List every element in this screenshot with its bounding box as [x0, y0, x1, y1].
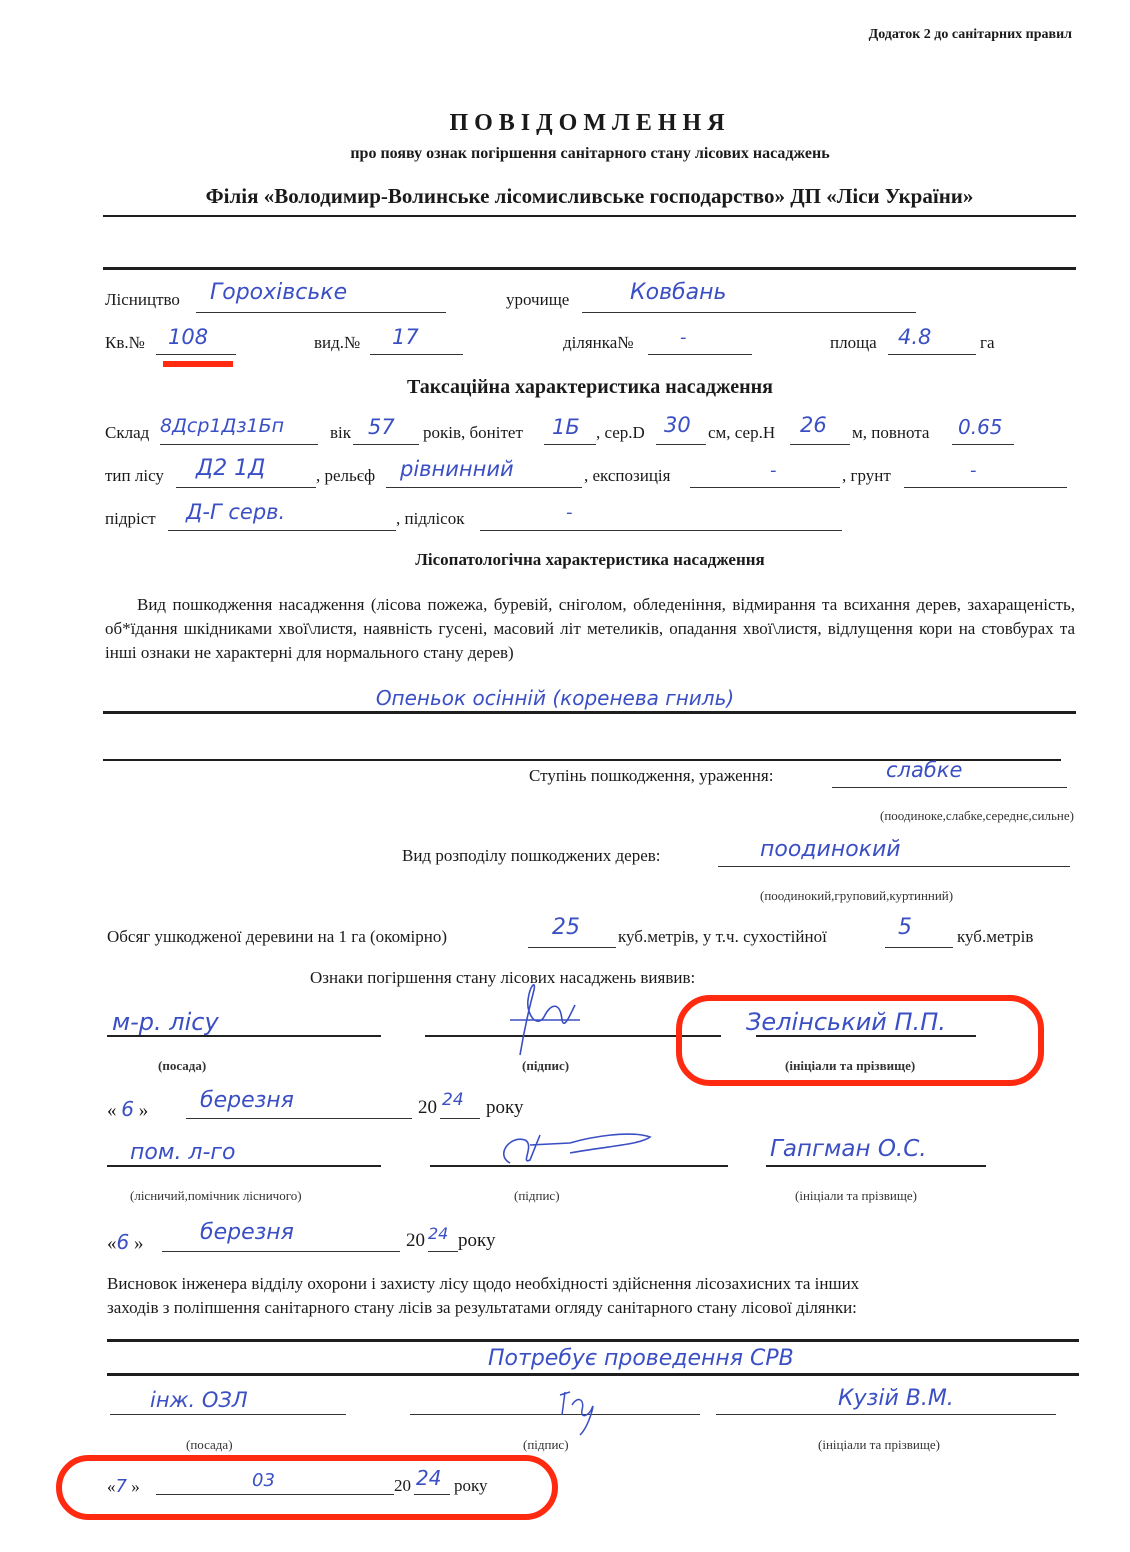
organization-name: Філія «Володимир-Волинське лісомисливськ… — [103, 184, 1076, 209]
engineer-name-hint: (ініціали та прізвище) — [818, 1437, 940, 1453]
conclusion-date-highlight — [56, 1455, 558, 1520]
forester-name-line — [766, 1165, 986, 1167]
detected-date-month-line — [186, 1118, 412, 1119]
composition-label: Склад — [105, 423, 149, 443]
bonitet-field[interactable]: 1Б — [552, 415, 580, 439]
section-rule — [103, 267, 1076, 270]
volume-label: Обсяг ушкодженої деревини на 1 га (окомі… — [107, 927, 447, 947]
exposition-field[interactable]: - — [770, 460, 777, 481]
forestry-field[interactable]: Горохівське — [210, 280, 347, 305]
area-field[interactable]: 4.8 — [898, 325, 931, 349]
volume-field[interactable]: 25 — [552, 915, 580, 940]
diameter-line — [656, 444, 706, 445]
quarter-line — [156, 354, 236, 355]
damage-rule-1 — [103, 711, 1076, 714]
undergrowth-field[interactable]: Д-Г серв. — [186, 500, 285, 524]
forester-position-line — [107, 1165, 381, 1167]
deadwood-unit: куб.метрів — [957, 927, 1033, 947]
quarter-field[interactable]: 108 — [168, 325, 208, 349]
age-unit: років, бонітет — [423, 423, 523, 443]
detector-signature-hint: (підпис) — [522, 1058, 569, 1074]
engineer-name-line — [716, 1414, 1056, 1415]
degree-line — [832, 787, 1067, 788]
tract-line — [582, 312, 916, 313]
degree-label: Ступінь пошкодження, ураження: — [529, 766, 773, 786]
detector-position-field[interactable]: м-р. лісу — [112, 1008, 219, 1036]
detected-date-year[interactable]: 24 — [442, 1090, 464, 1110]
engineer-name-field[interactable]: Кузій В.М. — [838, 1386, 954, 1411]
detected-date-year-prefix: 20 — [418, 1097, 437, 1119]
forester-date-day[interactable]: 6 — [117, 1230, 130, 1254]
relief-field[interactable]: рівнинний — [400, 457, 514, 481]
detected-date-year-line — [440, 1118, 480, 1119]
deadwood-line — [885, 947, 953, 948]
relief-label: , рельєф — [316, 466, 375, 486]
quarter-highlight-mark — [163, 361, 233, 367]
composition-field[interactable]: 8Дср1Дз1Бп — [160, 415, 284, 437]
conclusion-field[interactable]: Потребує проведення СРВ — [488, 1346, 794, 1371]
section-line — [370, 354, 463, 355]
engineer-signature-hint: (підпис) — [523, 1437, 569, 1453]
tract-field[interactable]: Ковбань — [630, 280, 726, 305]
distribution-line — [718, 866, 1070, 867]
plot-field[interactable]: - — [680, 327, 687, 348]
detected-date-day[interactable]: 6 — [121, 1097, 134, 1121]
forester-signature[interactable] — [490, 1125, 660, 1170]
detector-position-hint: (посада) — [158, 1058, 206, 1074]
engineer-position-field[interactable]: інж. ОЗЛ — [150, 1388, 248, 1412]
underbrush-label: , підлісок — [396, 509, 464, 529]
document-title: ПОВІДОМЛЕННЯ — [0, 110, 1130, 137]
forestry-label: Лісництво — [105, 290, 180, 310]
undergrowth-label: підріст — [105, 509, 156, 529]
forester-name-hint: (ініціали та прізвище) — [795, 1188, 917, 1204]
detected-date: « 6 » — [107, 1097, 148, 1122]
soil-label: , грунт — [842, 466, 891, 486]
diameter-label: , сер.D — [596, 423, 645, 443]
forest-type-field[interactable]: Д2 1Д — [196, 456, 265, 481]
undergrowth-line — [168, 530, 396, 531]
forester-date: «6 » — [107, 1230, 143, 1255]
relief-line — [386, 487, 582, 488]
conclusion-rule-2 — [107, 1373, 1079, 1376]
taxation-heading: Таксаційна характеристика насадження — [0, 376, 1130, 399]
detected-date-suffix: року — [486, 1097, 523, 1119]
detector-name-highlight — [676, 995, 1044, 1086]
forester-name-field[interactable]: Гапгман О.С. — [770, 1136, 927, 1162]
composition-line — [160, 444, 318, 445]
forest-type-line — [176, 487, 316, 488]
forester-date-year-prefix: 20 — [406, 1230, 425, 1252]
exposition-line — [690, 487, 840, 488]
distribution-hint: (поодинокий,груповий,куртинний) — [760, 888, 953, 904]
conclusion-rule-1 — [107, 1339, 1079, 1342]
forester-date-suffix: року — [458, 1230, 495, 1252]
soil-field[interactable]: - — [970, 460, 977, 481]
age-field[interactable]: 57 — [368, 415, 395, 439]
height-field[interactable]: 26 — [800, 413, 827, 437]
quarter-label: Кв.№ — [105, 333, 145, 353]
density-line — [952, 444, 1014, 445]
engineer-position-line — [110, 1414, 346, 1415]
bonitet-line — [544, 444, 596, 445]
exposition-label: , експозиція — [584, 466, 670, 486]
volume-unit: куб.метрів, у т.ч. сухостійної — [618, 927, 827, 947]
deadwood-field[interactable]: 5 — [898, 915, 912, 940]
forester-date-year[interactable]: 24 — [428, 1224, 448, 1243]
conclusion-text-line2: заходів з поліпшення санітарного стану л… — [107, 1298, 857, 1318]
engineer-position-hint: (посада) — [186, 1437, 233, 1453]
conclusion-text-line1: Висновок інженера відділу охорони і захи… — [107, 1274, 859, 1294]
plot-label: ділянка№ — [563, 333, 634, 353]
height-line — [790, 444, 850, 445]
height-unit: м, повнота — [852, 423, 929, 443]
detector-signature[interactable] — [490, 975, 600, 1065]
age-label: вік — [330, 423, 351, 443]
degree-field[interactable]: слабке — [886, 758, 962, 782]
forester-signature-hint: (підпис) — [514, 1188, 560, 1204]
appendix-note: Додаток 2 до санітарних правил — [869, 27, 1072, 43]
volume-line — [528, 947, 616, 948]
document-subtitle: про появу ознак погіршення санітарного с… — [0, 145, 1130, 163]
soil-line — [904, 487, 1067, 488]
tract-label: урочище — [506, 290, 569, 310]
section-field[interactable]: 17 — [392, 325, 419, 349]
diameter-unit: см, сер.Н — [708, 423, 775, 443]
underbrush-line — [480, 530, 842, 531]
forestry-line — [196, 312, 446, 313]
section-label: вид.№ — [314, 333, 360, 353]
distribution-label: Вид розподілу пошкоджених дерев: — [402, 846, 661, 866]
forester-position-hint: (лісничий,помічник лісничого) — [130, 1188, 302, 1204]
area-line — [888, 354, 976, 355]
plot-line — [648, 354, 752, 355]
engineer-signature[interactable] — [550, 1380, 640, 1440]
distribution-field[interactable]: поодинокий — [760, 837, 901, 862]
damage-type-field[interactable]: Опеньок осінній (коренева гниль) — [105, 686, 1005, 710]
forester-date-month[interactable]: березня — [200, 1220, 294, 1245]
organization-rule — [103, 215, 1076, 217]
underbrush-field[interactable]: - — [566, 502, 573, 523]
forester-date-year-line — [428, 1251, 458, 1252]
age-line — [353, 444, 419, 445]
degree-hint: (поодиноке,слабке,середнє,сильне) — [880, 808, 1074, 824]
diameter-field[interactable]: 30 — [664, 413, 691, 437]
forester-date-month-line — [162, 1251, 400, 1252]
density-field[interactable]: 0.65 — [958, 415, 1003, 439]
pathology-heading-text: Лісопатологічна характеристика насадженн… — [0, 550, 1130, 570]
area-unit: га — [980, 333, 995, 353]
area-label: площа — [830, 333, 877, 353]
forester-position-field[interactable]: пом. л-го — [130, 1140, 235, 1165]
damage-type-description: Вид пошкодження насадження (лісова пожеж… — [105, 593, 1075, 665]
forest-type-label: тип лісу — [105, 466, 164, 486]
detected-date-month[interactable]: березня — [200, 1088, 294, 1113]
